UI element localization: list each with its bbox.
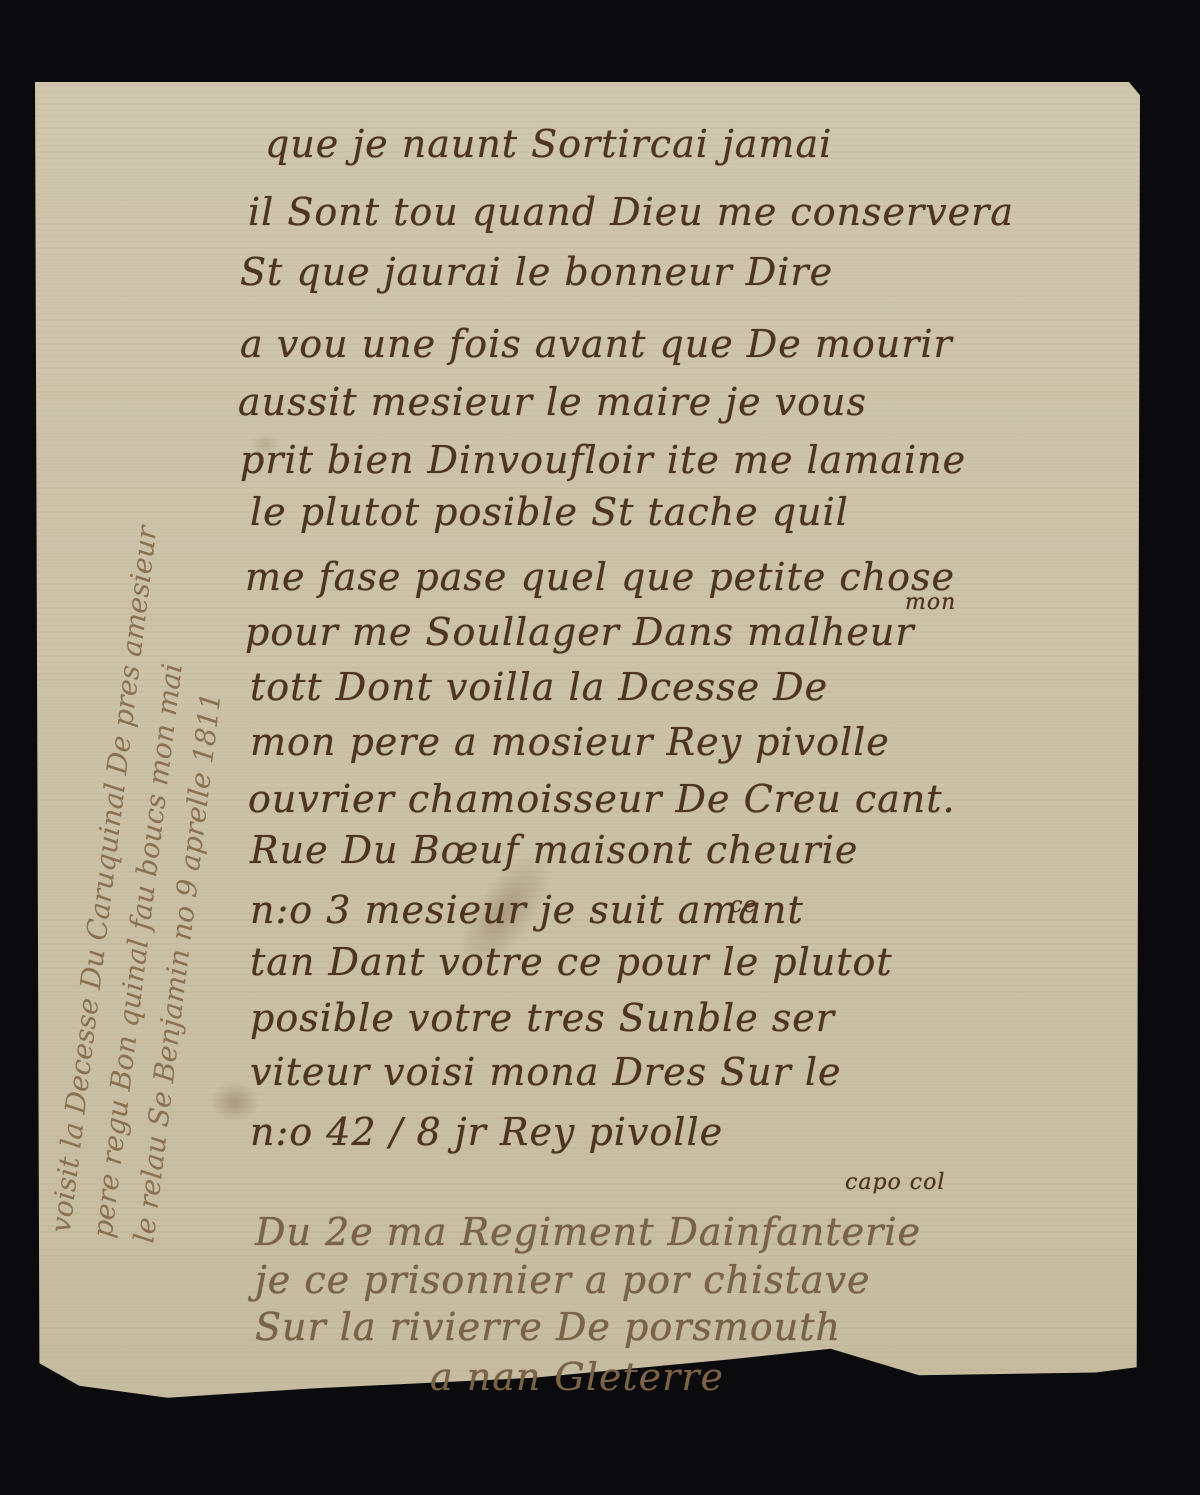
- letter-line: tan Dant votre ce pour le plutot: [250, 940, 893, 984]
- superscript-capo-col: capo col: [845, 1170, 945, 1195]
- letter-line: il Sont tou quand Dieu me conservera: [248, 190, 1014, 234]
- letter-line: je ce prisonnier a por chistave: [255, 1258, 871, 1302]
- letter-line: Du 2e ma Regiment Dainfanterie: [255, 1210, 921, 1254]
- letter-line: aussit mesieur le maire je vous: [238, 380, 867, 424]
- letter-line: n:o 3 mesieur je suit amant: [250, 888, 804, 932]
- letter-line: viteur voisi mona Dres Sur le: [250, 1050, 842, 1094]
- superscript-mon: mon: [905, 590, 956, 615]
- letter-line: tott Dont voilla la Dcesse De: [250, 665, 828, 709]
- letter-line: St que jaurai le bonneur Dire: [240, 250, 833, 294]
- letter-line: a nan Gleterre: [430, 1355, 724, 1399]
- letter-line: le plutot posible St tache quil: [250, 490, 849, 534]
- letter-line: Rue Du Bœuf maisont cheurie: [250, 828, 858, 872]
- letter-line: ouvrier chamoisseur De Creu cant.: [248, 777, 956, 821]
- signature-line: n:o 42 / 8 jr Rey pivolle: [250, 1110, 723, 1154]
- letter-line: posible votre tres Sunble ser: [250, 996, 835, 1040]
- letter-line: pour me Soullager Dans malheur: [245, 610, 915, 654]
- letter-line: Sur la rivierre De porsmouth: [255, 1305, 841, 1349]
- superscript-ce: ce: [730, 893, 757, 918]
- letter-line: prit bien Dinvoufloir ite me lamaine: [240, 438, 966, 482]
- letter-line: me fase pase quel que petite chose: [245, 555, 955, 599]
- letter-line: a vou une fois avant que De mourir: [240, 322, 953, 366]
- letter-line: que je naunt Sortircai jamai: [265, 122, 832, 166]
- letter-line: mon pere a mosieur Rey pivolle: [250, 720, 890, 764]
